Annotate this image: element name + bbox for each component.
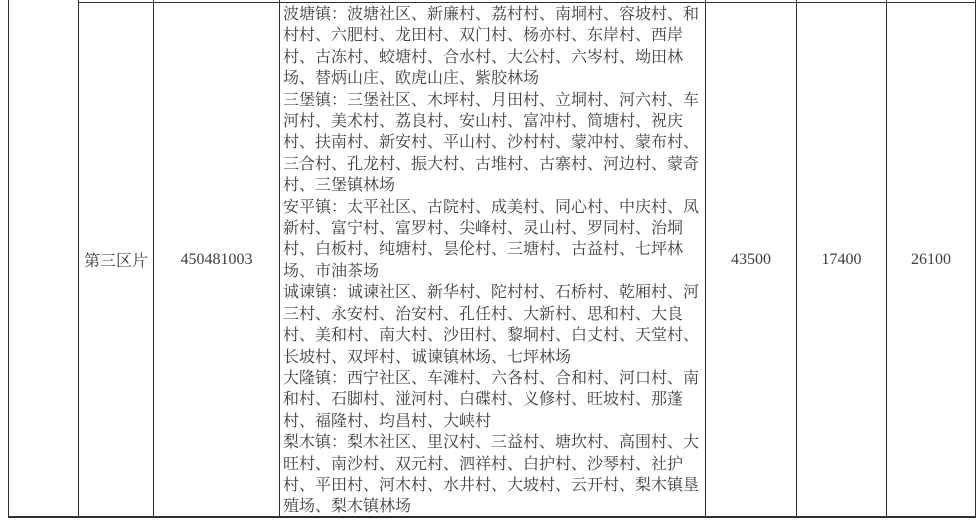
table-border-vertical bbox=[8, 0, 9, 518]
town-villages-line: 梨木镇：梨木社区、里汉村、三益村、塘坎村、高围村、大旺村、南沙村、双元村、泗祥村… bbox=[283, 432, 699, 518]
town-villages-line: 三堡镇：三堡社区、木坪村、月田村、立垌村、河六村、车河村、美术村、荔良村、安山村… bbox=[283, 90, 699, 197]
value-cell-2: 17400 bbox=[797, 3, 886, 516]
zone-name: 第三区片 bbox=[84, 248, 148, 271]
town-villages-line: 波塘镇：波塘社区、新廉村、荔村村、南垌村、容坡村、和村村、六肥村、龙田村、双门村… bbox=[283, 4, 699, 90]
town-villages-line: 诚谏镇：诚谏社区、新华村、陀村村、石桥村、乾厢村、河三村、永安村、治安村、孔任村… bbox=[283, 282, 699, 368]
town-villages-line: 大隆镇：西宁社区、车滩村、六各村、合和村、河口村、南和村、石脚村、湴河村、白碟村… bbox=[283, 368, 699, 432]
town-villages-line: 安平镇：太平社区、古院村、成美村、同心村、中庆村、凤新村、富宁村、富罗村、尖峰村… bbox=[283, 197, 699, 283]
value-3: 26100 bbox=[911, 251, 951, 269]
table-border-vertical bbox=[975, 0, 976, 518]
value-cell-1: 43500 bbox=[706, 3, 796, 516]
zone-code-cell: 450481003 bbox=[154, 3, 279, 516]
table-border-vertical bbox=[279, 0, 280, 518]
village-list-cell: 波塘镇：波塘社区、新廉村、荔村村、南垌村、容坡村、和村村、六肥村、龙田村、双门村… bbox=[283, 4, 699, 518]
land-zone-table: 第三区片 450481003 波塘镇：波塘社区、新廉村、荔村村、南垌村、容坡村、… bbox=[0, 0, 977, 521]
zone-code: 450481003 bbox=[181, 251, 253, 269]
value-1: 43500 bbox=[731, 251, 771, 269]
value-cell-3: 26100 bbox=[887, 3, 975, 516]
zone-name-cell: 第三区片 bbox=[79, 3, 153, 516]
value-2: 17400 bbox=[822, 251, 862, 269]
